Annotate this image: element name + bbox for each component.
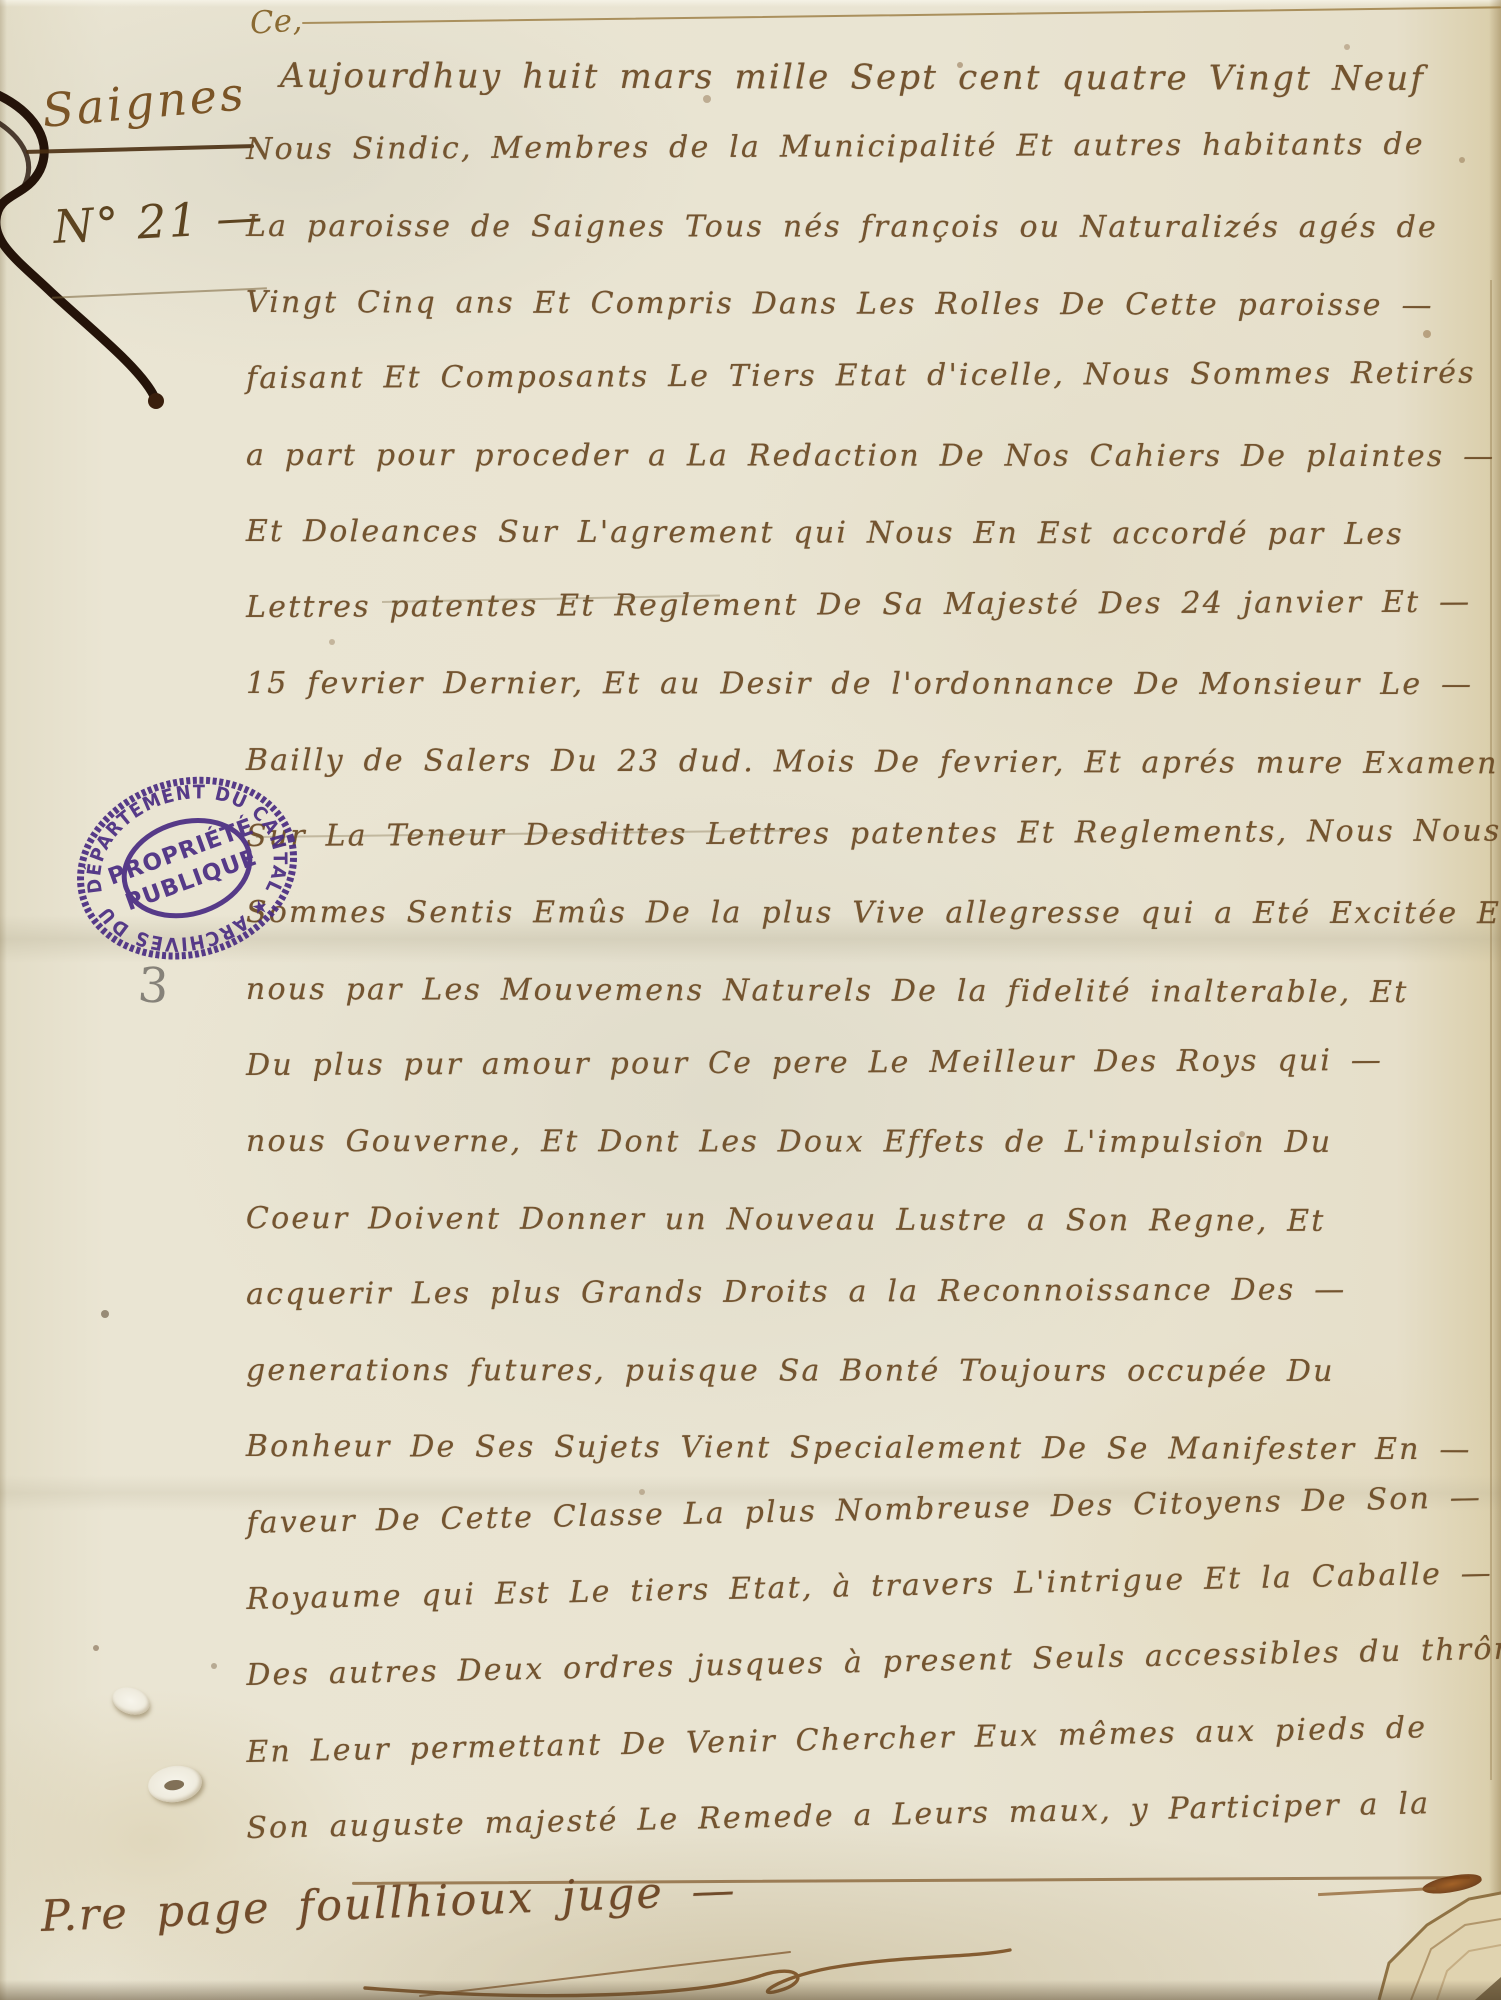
manuscript-line: La paroisse de Saignes Tous nés françois… bbox=[246, 209, 1438, 245]
margin-number-label: N° 21 — bbox=[52, 189, 266, 254]
paper-damage-core bbox=[164, 1779, 185, 1792]
manuscript-line: Royaume qui Est Le tiers Etat, à travers… bbox=[246, 1556, 1493, 1617]
manuscript-line: faveur De Cette Classe La plus Nombreuse… bbox=[246, 1480, 1482, 1541]
manuscript-line: Bonheur De Ses Sujets Vient Specialement… bbox=[246, 1429, 1472, 1467]
margin-place-label: Saignes bbox=[40, 66, 248, 138]
paper-damage-spot bbox=[109, 1683, 153, 1719]
manuscript-line: Son auguste majesté Le Remede a Leurs ma… bbox=[246, 1786, 1431, 1846]
manuscript-line: nous par Les Mouvemens Naturels De la fi… bbox=[246, 972, 1409, 1010]
header-rule-line bbox=[302, 6, 1501, 24]
manuscript-line: Des autres Deux ordres jusques à present… bbox=[246, 1631, 1501, 1693]
manuscript-line: En Leur permettant De Venir Chercher Eux… bbox=[246, 1710, 1428, 1770]
manuscript-line: 15 fevrier Dernier, Et au Desir de l'ord… bbox=[246, 666, 1473, 702]
manuscript-line: generations futures, puisque Sa Bonté To… bbox=[246, 1353, 1335, 1389]
manuscript-line: faisant Et Composants Le Tiers Etat d'ic… bbox=[246, 356, 1476, 396]
manuscript-line: Nous Sindic, Membres de la Municipalité … bbox=[246, 127, 1425, 167]
manuscript-line: Et Doleances Sur L'agrement qui Nous En … bbox=[246, 514, 1404, 552]
page-corner-fold bbox=[1341, 1885, 1501, 2000]
manuscript-line: Coeur Doivent Donner un Nouveau Lustre a… bbox=[246, 1201, 1326, 1239]
manuscript-line: nous Gouverne, Et Dont Les Doux Effets d… bbox=[246, 1124, 1332, 1160]
paper-edge-top bbox=[0, 0, 1501, 7]
pencil-folio-number: 3 bbox=[136, 957, 170, 1015]
manuscript-line: acquerir Les plus Grands Droits a la Rec… bbox=[246, 1272, 1346, 1312]
manuscript-line: Du plus pur amour pour Ce pere Le Meille… bbox=[246, 1043, 1383, 1083]
paper-damage-spot bbox=[146, 1762, 204, 1805]
manuscript-line: Sommes Sentis Emûs De la plus Vive alleg… bbox=[246, 895, 1501, 931]
manuscript-line: Bailly de Salers Du 23 dud. Mois De fevr… bbox=[246, 743, 1499, 781]
archive-stamp: DÉPARTEMENT DU CANTAL ★ ARCHIVES DU PROP… bbox=[48, 743, 327, 992]
signature-flourish bbox=[360, 1938, 1160, 2000]
thread-end-knot bbox=[148, 393, 164, 409]
paper-stains bbox=[0, 0, 4, 4]
footer-signature: P.re page foullhioux juge — bbox=[40, 1865, 737, 1942]
manuscript-line: a part pour proceder a La Redaction De N… bbox=[246, 438, 1495, 474]
manuscript-line: Lettres patentes Et Reglement De Sa Maje… bbox=[246, 585, 1471, 625]
manuscript-page: Ce, Saignes N° 21 — Aujourdhuy huit mars… bbox=[0, 0, 1501, 2000]
header-annotation: Ce, bbox=[249, 2, 303, 42]
manuscript-line: Aujourdhuy huit mars mille Sept cent qua… bbox=[280, 56, 1425, 99]
manuscript-line: Vingt Cinq ans Et Compris Dans Les Rolle… bbox=[246, 285, 1434, 323]
